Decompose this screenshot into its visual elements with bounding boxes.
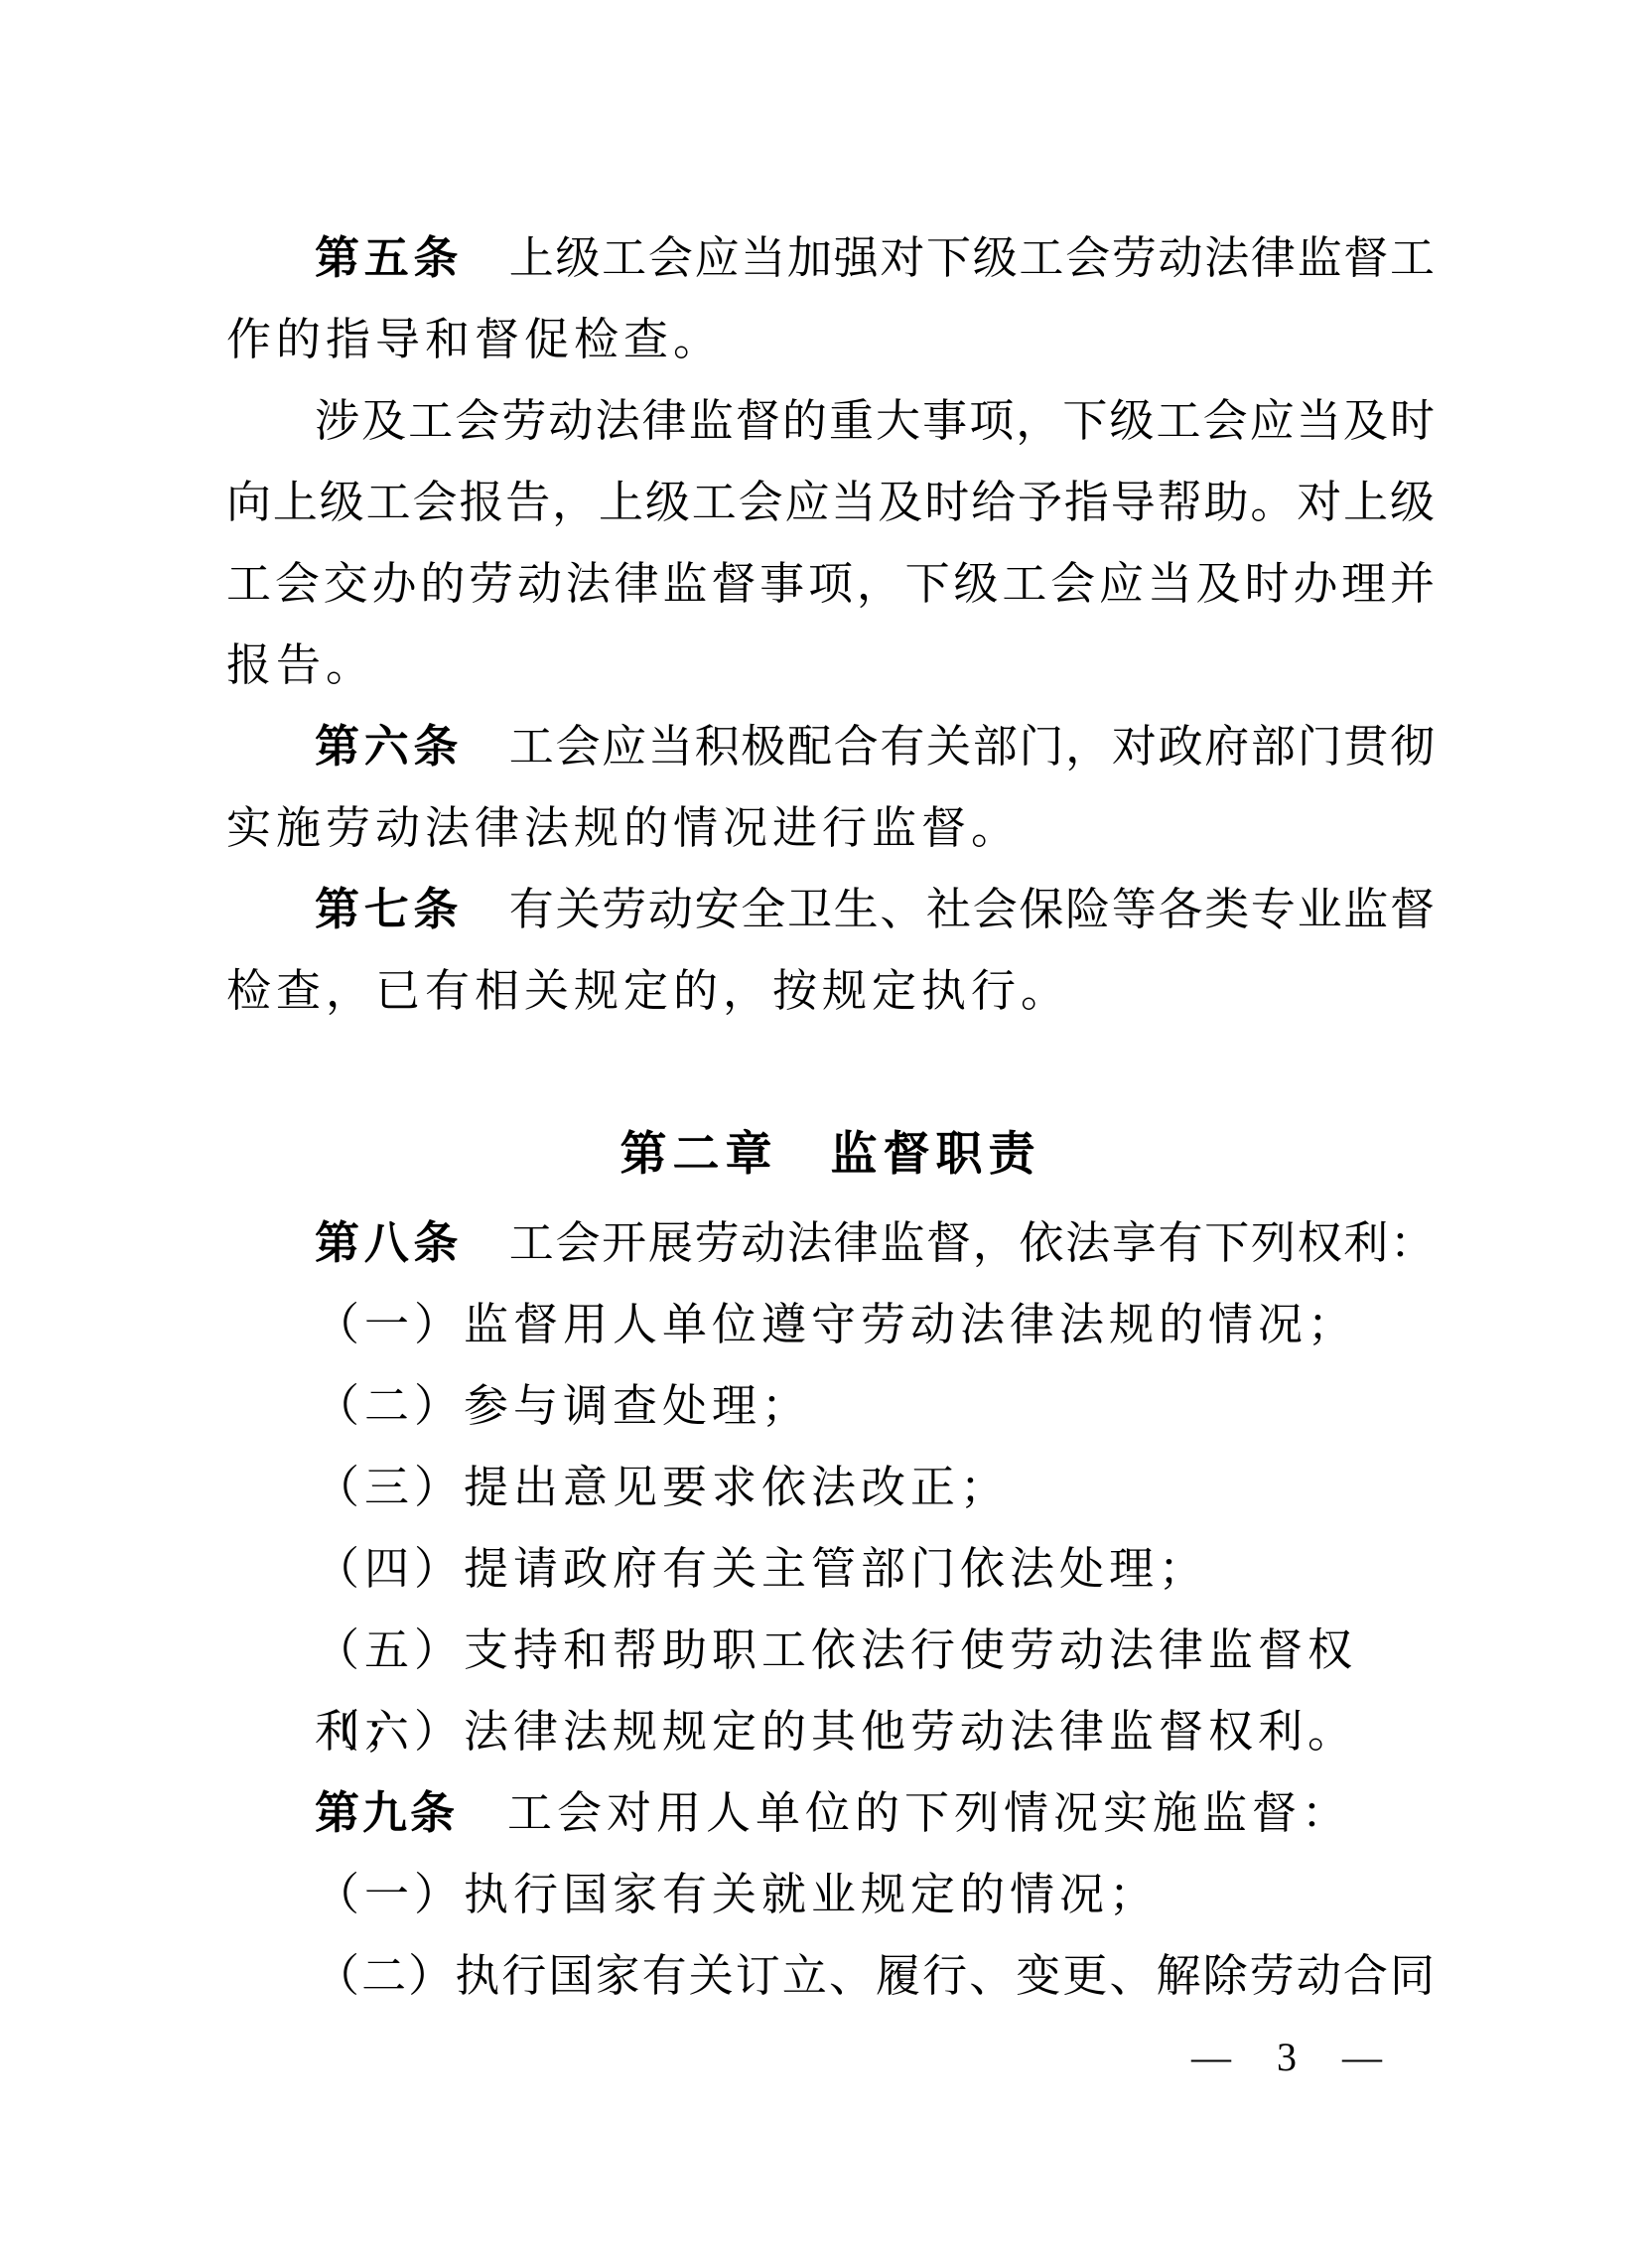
article-number: 第九条 — [315, 1787, 458, 1838]
article-line: 第八条 工会开展劳动法律监督，依法享有下列权利： — [226, 1202, 1435, 1284]
article-text: 有关劳动安全卫生、社会保险等各类专业监督 — [463, 885, 1435, 934]
article-number: 第七条 — [315, 884, 463, 934]
article-line: 第五条 上级工会应当加强对下级工会劳动法律监督工 — [226, 217, 1435, 299]
article-text: 工会应当积极配合有关部门，对政府部门贯彻 — [463, 722, 1435, 772]
list-item-line: （五）支持和帮助职工依法行使劳动法律监督权利； — [226, 1610, 1435, 1691]
body-text-line: 作的指导和督促检查。 — [226, 299, 1435, 380]
list-item-line: （一）执行国家有关就业规定的情况； — [226, 1854, 1435, 1935]
body-text-line: 向上级工会报告，上级工会应当及时给予指导帮助。对上级 — [226, 462, 1435, 543]
list-item-line: （二）执行国家有关订立、履行、变更、解除劳动合同 — [226, 1935, 1435, 2017]
list-item-line: （三）提出意见要求依法改正； — [226, 1447, 1435, 1528]
list-item-line: （四）提请政府有关主管部门依法处理； — [226, 1528, 1435, 1610]
article-number: 第八条 — [315, 1217, 463, 1268]
document-page: 第五条 上级工会应当加强对下级工会劳动法律监督工作的指导和督促检查。涉及工会劳动… — [0, 0, 1652, 2256]
article-text: 上级工会应当加强对下级工会劳动法律监督工 — [463, 233, 1435, 283]
body-text-line: 涉及工会劳动法律监督的重大事项，下级工会应当及时 — [226, 380, 1435, 462]
list-item-line: （一）监督用人单位遵守劳动法律法规的情况； — [226, 1284, 1435, 1365]
body-text-line: 检查，已有相关规定的，按规定执行。 — [226, 950, 1435, 1032]
body-text-line: 工会交办的劳动法律监督事项，下级工会应当及时办理并 — [226, 543, 1435, 625]
article-text: 工会对用人单位的下列情况实施监督： — [458, 1788, 1351, 1838]
body-text-line: 报告。 — [226, 625, 1435, 706]
list-item-line: （二）参与调查处理； — [226, 1365, 1435, 1447]
article-line: 第六条 工会应当积极配合有关部门，对政府部门贯彻 — [226, 706, 1435, 787]
article-number: 第五条 — [315, 232, 463, 283]
article-number: 第六条 — [315, 721, 463, 772]
page-number: — 3 — — [1191, 2028, 1390, 2087]
chapter-heading: 第二章 监督职责 — [226, 1113, 1435, 1195]
document-body: 第五条 上级工会应当加强对下级工会劳动法律监督工作的指导和督促检查。涉及工会劳动… — [226, 217, 1435, 2017]
article-text: 工会开展劳动法律监督，依法享有下列权利： — [463, 1218, 1435, 1268]
article-line: 第七条 有关劳动安全卫生、社会保险等各类专业监督 — [226, 869, 1435, 950]
article-line: 第九条 工会对用人单位的下列情况实施监督： — [226, 1772, 1435, 1854]
body-text-line: 实施劳动法律法规的情况进行监督。 — [226, 787, 1435, 869]
list-item-line: （六）法律法规规定的其他劳动法律监督权利。 — [226, 1691, 1435, 1772]
